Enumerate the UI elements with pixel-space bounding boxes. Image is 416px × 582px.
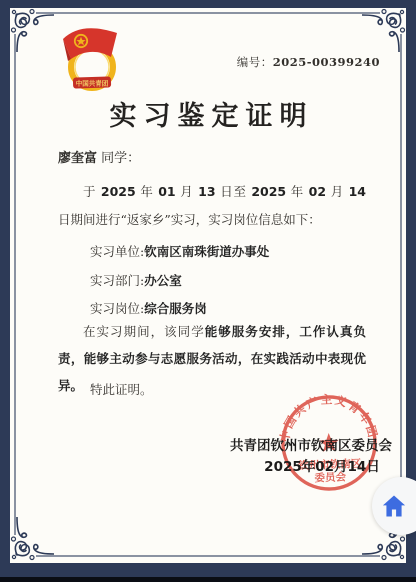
text-segment: 日期间进行“返家乡”实习，实习岗位信息如下： [58, 212, 321, 227]
signature-date: 2025年02月14日 [258, 455, 386, 475]
communist-youth-league-emblem-icon: 中国共青团 [57, 25, 125, 95]
info-label: 实习部门: [90, 273, 144, 288]
bottom-strip [0, 577, 416, 582]
certificate-page: 中国共青团 编号：2025-00399240 实习鉴定证明 廖奎富 同学： 于 … [10, 8, 406, 563]
text-segment: 2025 [251, 184, 286, 199]
student-name: 廖奎富 [58, 151, 97, 166]
serial-number: 编号：2025-00399240 [237, 54, 380, 70]
text-segment: 在实习期间，该同学 [83, 324, 205, 339]
info-value: 办公室 [144, 273, 182, 288]
signature-organization: 共青团钦州市钦南区委员会 [230, 434, 392, 454]
info-value: 钦南区南珠街道办事处 [144, 244, 269, 259]
serial-value: 2025-00399240 [273, 55, 380, 69]
info-label: 实习岗位: [90, 301, 144, 316]
info-label: 实习单位: [90, 244, 144, 259]
text-segment: 于 [83, 184, 101, 199]
text-segment: 14 [349, 184, 366, 199]
home-icon [380, 492, 408, 520]
flourish-corner-icon [10, 8, 54, 52]
intro-paragraph: 于 2025 年 01 月 13 日至 2025 年 02 月 14 日期间进行… [58, 178, 366, 234]
info-value: 综合服务岗 [144, 301, 207, 316]
text-segment: 2025 [101, 184, 136, 199]
text-segment: 01 [158, 184, 175, 199]
info-line-unit: 实习单位:钦南区南珠街道办事处 [90, 242, 269, 260]
text-segment: 月 [326, 184, 349, 199]
info-line-department: 实习部门:办公室 [90, 271, 182, 289]
text-segment: 年 [136, 184, 159, 199]
serial-label: 编号： [237, 55, 273, 69]
closing-statement: 特此证明。 [90, 380, 153, 398]
flourish-corner-icon [362, 8, 406, 52]
text-segment: 02 [309, 184, 326, 199]
salutation: 廖奎富 同学： [58, 147, 140, 166]
flourish-corner-icon [10, 517, 54, 561]
text-segment: 13 [198, 184, 215, 199]
salutation-suffix: 同学： [101, 151, 140, 166]
app-screen: 中国共青团 编号：2025-00399240 实习鉴定证明 廖奎富 同学： 于 … [0, 0, 416, 582]
text-segment: 月 [176, 184, 199, 199]
emblem-banner-text: 中国共青团 [76, 79, 109, 88]
text-segment: 日至 [216, 184, 252, 199]
info-line-position: 实习岗位:综合服务岗 [90, 299, 207, 317]
certificate-title: 实习鉴定证明 [10, 94, 406, 133]
text-segment: 年 [286, 184, 309, 199]
